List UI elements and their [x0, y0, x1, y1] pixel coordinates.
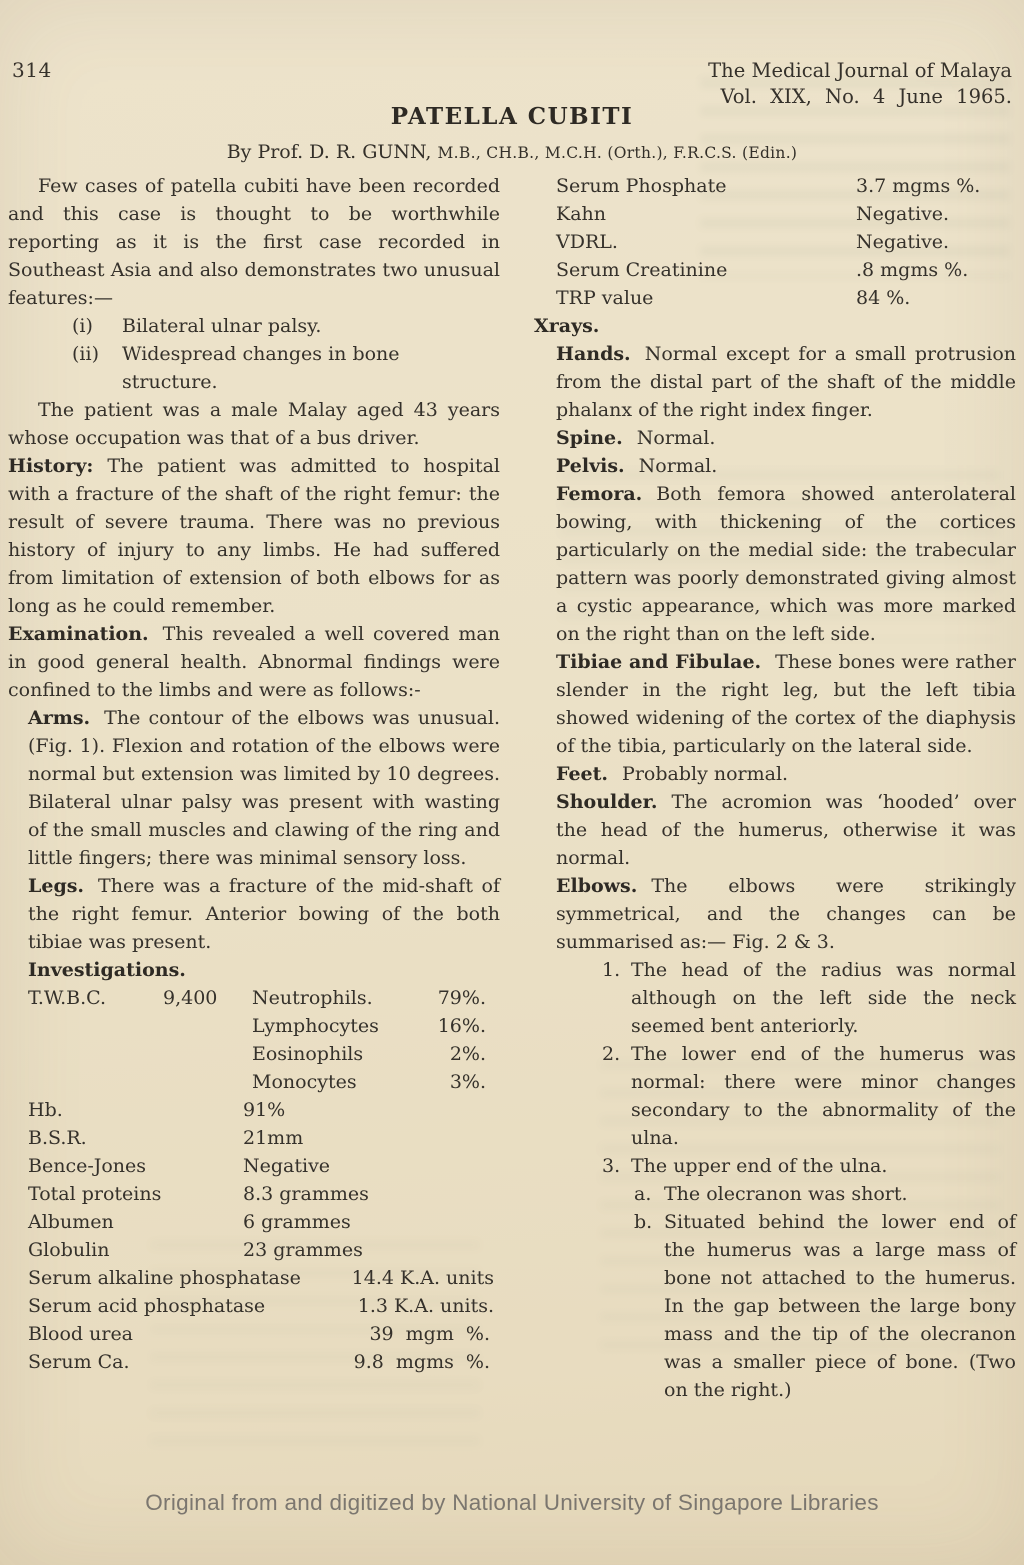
digitization-watermark: Original from and digitized by National … [0, 1490, 1024, 1516]
finding-subitem: a. The olecranon was short. [534, 1180, 1016, 1208]
lab-label: Kahn [556, 200, 856, 228]
page-number: 314 [12, 58, 52, 82]
investigations-row: Serum acid phosphatase 1.3 K.A. units. [28, 1292, 500, 1320]
investigations-row: Serum Ca. 9.8 mgms %. [28, 1348, 500, 1376]
investigations-row: Serum alkaline phosphatase 14.4 K.A. uni… [28, 1264, 500, 1292]
journal-name: The Medical Journal of Malaya [708, 58, 1012, 84]
investigations-row: Bence-Jones Negative [28, 1152, 500, 1180]
investigations-row: Total proteins 8.3 grammes [28, 1180, 500, 1208]
xray-label: Tibiae and Fibulae. [556, 651, 761, 673]
investigation-label: Serum alkaline phosphatase [28, 1264, 301, 1292]
finding-item: 2. The lower end of the humerus was norm… [534, 1040, 1016, 1152]
finding-text: The lower end of the humerus was normal:… [631, 1043, 1016, 1149]
xray-section-shoulder: Shoulder.The acromion was ‘hooded’ over … [556, 788, 1016, 872]
right-column: Serum Phosphate 3.7 mgms %. Kahn Negativ… [534, 172, 1016, 1404]
lab-row: Kahn Negative. [556, 200, 1016, 228]
patient-paragraph: The patient was a male Malay aged 43 yea… [8, 396, 500, 452]
investigation-label: Bence-Jones [28, 1152, 243, 1180]
lab-row: VDRL. Negative. [556, 228, 1016, 256]
article-title: PATELLA CUBITI [0, 103, 1024, 130]
legs-paragraph: Legs.There was a fracture of the mid-sha… [28, 872, 500, 956]
finding-subitem: b. Situated behind the lower end of the … [534, 1208, 1016, 1404]
investigation-label: Serum acid phosphatase [28, 1292, 265, 1320]
investigation-label: Globulin [28, 1236, 243, 1264]
investigations-row: Lymphocytes 16%. [28, 1012, 500, 1040]
finding-item: 1. The head of the radius was normal alt… [534, 956, 1016, 1040]
investigations-row: Eosinophils 2%. [28, 1040, 500, 1068]
xray-section-tibiae: Tibiae and Fibulae.These bones were rath… [556, 648, 1016, 760]
investigation-label: Total proteins [28, 1180, 243, 1208]
investigation-value: Negative [243, 1152, 330, 1180]
xray-text: Normal. [637, 427, 716, 449]
investigation-value: 39 mgm %. [369, 1320, 490, 1348]
examination-paragraph: Examination.This revealed a well covered… [8, 620, 500, 704]
subfinding-text: Situated behind the lower end of the hum… [664, 1211, 1016, 1401]
investigation-value: 23 grammes [243, 1236, 363, 1264]
investigations-heading: Investigations. [28, 956, 500, 984]
lab-label: Serum Creatinine [556, 256, 856, 284]
history-paragraph: History:The patient was admitted to hosp… [8, 452, 500, 620]
arms-text: The contour of the elbows was unusual. (… [28, 707, 500, 869]
article-byline: By Prof. D. R. GUNN, M.B., CH.B., M.C.H.… [0, 141, 1024, 163]
xray-text: Normal. [639, 455, 718, 477]
xray-section-femora: Femora.Both femora showed anterolateral … [556, 480, 1016, 648]
investigation-value: 91% [243, 1096, 285, 1124]
legs-label: Legs. [28, 875, 84, 897]
finding-marker: 1. [602, 956, 620, 984]
finding-marker: 2. [602, 1040, 620, 1068]
differential-value: 2%. [406, 1040, 500, 1068]
journal-page: 314 The Medical Journal of Malaya Vol. X… [0, 0, 1024, 1565]
xray-section-hands: Hands.Normal except for a small protrusi… [556, 340, 1016, 424]
investigations-row: Hb. 91% [28, 1096, 500, 1124]
feature-marker: (ii) [72, 340, 99, 368]
investigation-value: 21mm [243, 1124, 303, 1152]
subfinding-text: The olecranon was short. [664, 1183, 908, 1205]
xray-section-elbows: Elbows.The elbows were strikingly symmet… [556, 872, 1016, 956]
finding-text: The upper end of the ulna. [631, 1155, 887, 1177]
investigation-label: B.S.R. [28, 1124, 243, 1152]
lab-value: .8 mgms %. [856, 256, 968, 284]
investigations-row: Blood urea 39 mgm %. [28, 1320, 500, 1348]
lab-row: TRP value 84 %. [556, 284, 1016, 312]
left-column: Few cases of patella cubiti have been re… [8, 172, 500, 1404]
subfinding-marker: b. [634, 1208, 652, 1236]
legs-text: There was a fracture of the mid-shaft of… [28, 875, 500, 953]
investigations-row: T.W.B.C. 9,400 Neutrophils. 79%. [28, 984, 500, 1012]
history-label: History: [8, 455, 93, 477]
investigations-row: Albumen 6 grammes [28, 1208, 500, 1236]
lab-value: 3.7 mgms %. [856, 172, 980, 200]
differential-name: Neutrophils. [252, 984, 406, 1012]
xray-text: Both femora showed anterolateral bowing,… [556, 483, 1016, 645]
lab-value: Negative. [856, 228, 949, 256]
subfinding-marker: a. [634, 1180, 651, 1208]
xray-label: Feet. [556, 763, 608, 785]
finding-item: 3. The upper end of the ulna. [534, 1152, 1016, 1180]
byline-degrees: M.B., CH.B., M.C.H. (Orth.), F.R.C.S. (E… [438, 144, 798, 162]
investigation-label: Albumen [28, 1208, 243, 1236]
lab-value: Negative. [856, 200, 949, 228]
lab-value: 84 %. [856, 284, 910, 312]
differential-name: Lymphocytes [252, 1012, 406, 1040]
xray-section-spine: Spine.Normal. [556, 424, 1016, 452]
finding-marker: 3. [602, 1152, 620, 1180]
investigation-label: Hb. [28, 1096, 243, 1124]
investigation-label: T.W.B.C. [28, 984, 163, 1012]
investigation-label: Blood urea [28, 1320, 133, 1348]
lab-label: TRP value [556, 284, 856, 312]
lab-label: Serum Phosphate [556, 172, 856, 200]
investigation-value: 8.3 grammes [243, 1180, 369, 1208]
xray-label: Shoulder. [556, 791, 658, 813]
xray-text: Probably normal. [622, 763, 788, 785]
history-text: The patient was admitted to hospital wit… [8, 455, 500, 617]
differential-value: 16%. [406, 1012, 500, 1040]
article-body: Few cases of patella cubiti have been re… [8, 172, 1016, 1404]
differential-name: Monocytes [252, 1068, 406, 1096]
differential-name: Eosinophils [252, 1040, 406, 1068]
differential-value: 3%. [406, 1068, 500, 1096]
investigation-value: 9.8 mgms %. [354, 1348, 490, 1376]
finding-text: The head of the radius was normal althou… [631, 959, 1016, 1037]
investigation-label: Serum Ca. [28, 1348, 130, 1376]
differential-value: 79%. [406, 984, 500, 1012]
intro-paragraph: Few cases of patella cubiti have been re… [8, 172, 500, 312]
xray-label: Femora. [556, 483, 642, 505]
xrays-heading: Xrays. [534, 312, 1016, 340]
investigation-value: 6 grammes [243, 1208, 351, 1236]
examination-label: Examination. [8, 623, 149, 645]
investigations-row: Globulin 23 grammes [28, 1236, 500, 1264]
byline-author: By Prof. D. R. GUNN, [227, 141, 432, 163]
xray-label: Elbows. [556, 875, 637, 897]
arms-label: Arms. [28, 707, 90, 729]
xray-section-pelvis: Pelvis.Normal. [556, 452, 1016, 480]
feature-item: (ii) Widespread changes in bone structur… [8, 340, 500, 396]
xray-section-feet: Feet.Probably normal. [556, 760, 1016, 788]
investigations-row: B.S.R. 21mm [28, 1124, 500, 1152]
arms-paragraph: Arms.The contour of the elbows was unusu… [28, 704, 500, 872]
feature-item: (i) Bilateral ulnar palsy. [8, 312, 500, 340]
investigation-value: 14.4 K.A. units [352, 1264, 494, 1292]
lab-row: Serum Creatinine .8 mgms %. [556, 256, 1016, 284]
investigation-value: 1.3 K.A. units. [358, 1292, 494, 1320]
xray-label: Hands. [556, 343, 631, 365]
lab-label: VDRL. [556, 228, 856, 256]
investigations-row: Monocytes 3%. [28, 1068, 500, 1096]
lab-row: Serum Phosphate 3.7 mgms %. [556, 172, 1016, 200]
feature-text: Bilateral ulnar palsy. [122, 315, 321, 337]
feature-text: Widespread changes in bone structure. [122, 343, 400, 393]
feature-marker: (i) [72, 312, 93, 340]
investigation-value: 9,400 [163, 984, 252, 1012]
xray-label: Pelvis. [556, 455, 625, 477]
xray-label: Spine. [556, 427, 623, 449]
